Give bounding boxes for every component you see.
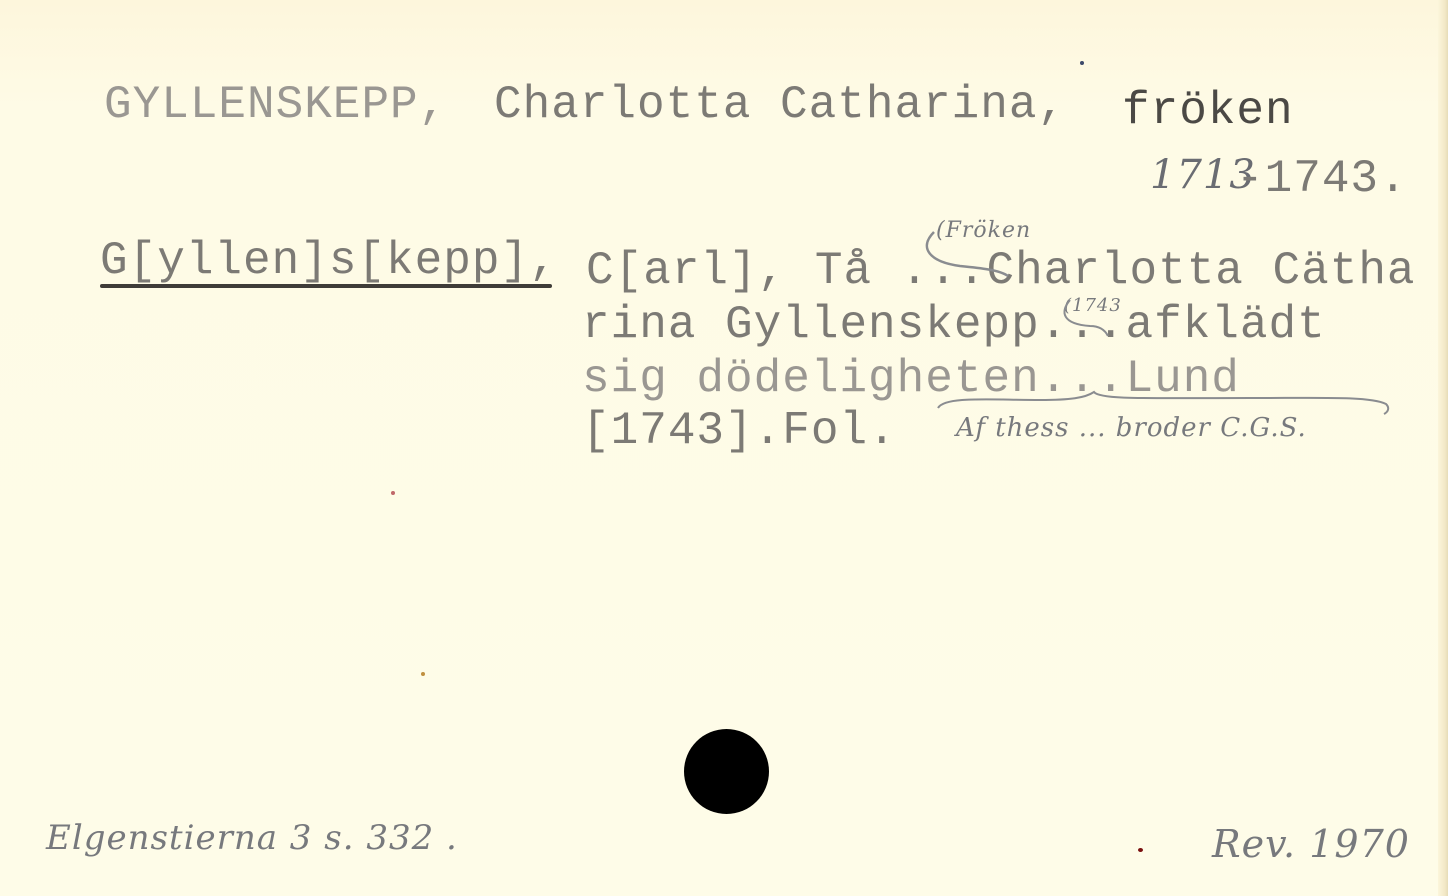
- ink-speck: [391, 491, 395, 495]
- revision-note: Rev. 1970: [1212, 822, 1410, 866]
- reference-note: Elgenstierna 3 s. 332 .: [46, 818, 458, 858]
- ink-speck: [1138, 848, 1143, 852]
- ink-speck: [421, 672, 425, 676]
- punch-hole: [684, 729, 769, 814]
- ink-speck: [1080, 61, 1084, 65]
- catalog-card: GYLLENSKEPP, Charlotta Catharina, fröken…: [0, 0, 1448, 896]
